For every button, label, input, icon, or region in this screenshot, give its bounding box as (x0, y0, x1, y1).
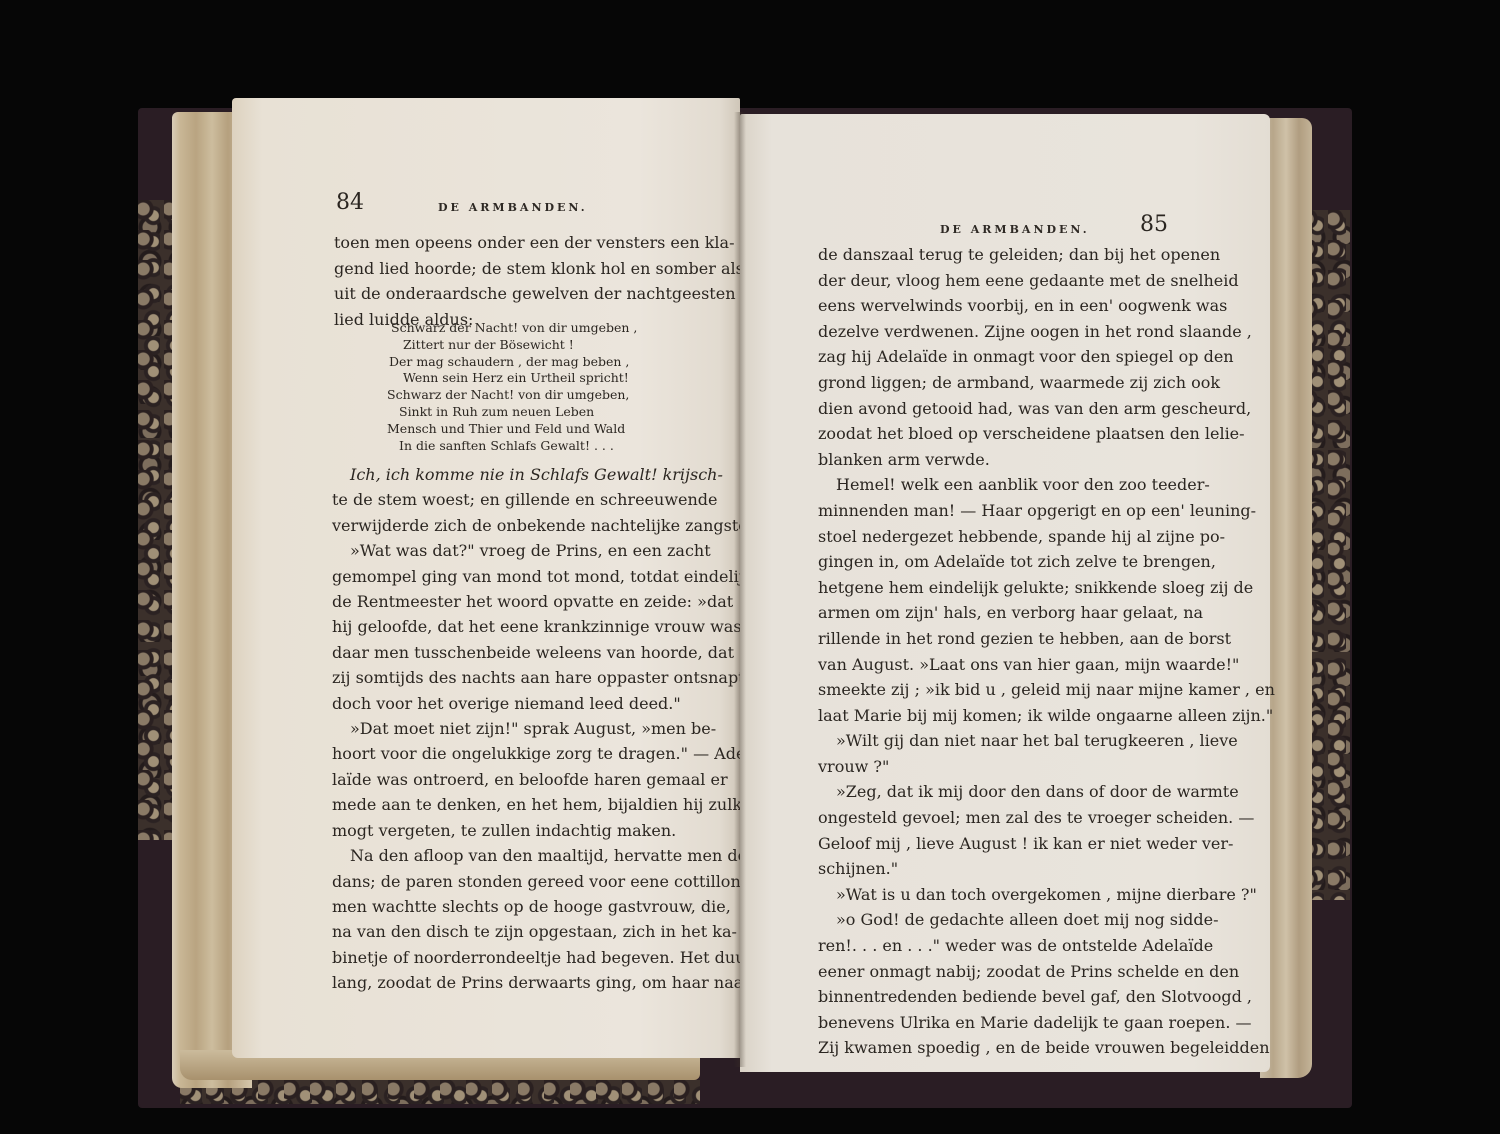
text-line: na van den disch te zijn opgestaan, zich… (332, 919, 690, 944)
text-line: zij somtijds des nachts aan hare oppaste… (332, 665, 690, 690)
text-line: smeekte zij ; »ik bid u , geleid mij naa… (818, 677, 1186, 703)
text-line: benevens Ulrika en Marie dadelijk te gaa… (818, 1010, 1186, 1036)
text-line: dans; de paren stonden gereed voor eene … (332, 869, 690, 894)
text-line: »Wat is u dan toch overgekomen , mijne d… (818, 882, 1186, 908)
text-line: uit de onderaardsche gewelven der nachtg… (334, 281, 688, 307)
running-title-left: DE ARMBANDEN. (438, 201, 588, 214)
text-line: verwijderde zich de onbekende nachtelijk… (332, 513, 690, 538)
text-line: ongesteld gevoel; men zal des te vroeger… (818, 805, 1186, 831)
text-line: te de stem woest; en gillende en schreeu… (332, 487, 690, 512)
text-line: der deur, vloog hem eene gedaante met de… (818, 268, 1186, 294)
text-line: blanken arm verwde. (818, 447, 1186, 473)
text-line: Ich, ich komme nie in Schlafs Gewalt! kr… (332, 462, 690, 487)
poem-line: Wenn sein Herz ein Urtheil spricht! (387, 370, 637, 387)
text-line: hij geloofde, dat het eene krankzinnige … (332, 614, 690, 639)
text-line: Zij kwamen spoedig , en de beide vrouwen… (818, 1035, 1186, 1061)
text-line: van August. »Laat ons van hier gaan, mij… (818, 652, 1186, 678)
text-line: armen om zijn' hals, en verborg haar gel… (818, 600, 1186, 626)
text-line: vrouw ?" (818, 754, 1186, 780)
book-gutter (734, 112, 746, 1067)
marbled-board-bottom (180, 1080, 700, 1104)
text-line: zoodat het bloed op verscheidene plaatse… (818, 421, 1186, 447)
text-line: schijnen." (818, 856, 1186, 882)
poem-line: Zittert nur der Bösewicht ! (387, 337, 637, 354)
text-line: »Zeg, dat ik mij door den dans of door d… (818, 779, 1186, 805)
poem-line: Schwarz der Nacht! von dir umgeben , (387, 320, 637, 337)
text-line: hetgene hem eindelijk gelukte; snikkende… (818, 575, 1186, 601)
poem-line: In die sanften Schlafs Gewalt! . . . (387, 438, 637, 455)
body-text-left: Ich, ich komme nie in Schlafs Gewalt! kr… (332, 462, 690, 996)
body-text-right: de danszaal terug te geleiden; dan bij h… (818, 242, 1186, 1061)
text-line: eens wervelwinds voorbij, en in een' oog… (818, 293, 1186, 319)
text-line: de Rentmeester het woord opvatte en zeid… (332, 589, 690, 614)
text-line: lang, zoodat de Prins derwaarts ging, om… (332, 970, 690, 995)
poem-line: Schwarz der Nacht! von dir umgeben, (387, 387, 637, 404)
intro-paragraph: toen men opeens onder een der vensters e… (334, 230, 688, 332)
text-line: »Dat moet niet zijn!" sprak August, »men… (332, 716, 690, 741)
text-line: toen men opeens onder een der vensters e… (334, 230, 688, 256)
text-line: men wachtte slechts op de hooge gastvrou… (332, 894, 690, 919)
text-line: dezelve verdwenen. Zijne oogen in het ro… (818, 319, 1186, 345)
text-line: rillende in het rond gezien te hebben, a… (818, 626, 1186, 652)
poem-line: Der mag schaudern , der mag beben , (387, 354, 637, 371)
text-line: binetje of noorderrondeeltje had begeven… (332, 945, 690, 970)
text-line: de danszaal terug te geleiden; dan bij h… (818, 242, 1186, 268)
text-line: Na den afloop van den maaltijd, hervatte… (332, 843, 690, 868)
text-line: dien avond getooid had, was van den arm … (818, 396, 1186, 422)
text-line: ren!. . . en . . ." weder was de ontstel… (818, 933, 1186, 959)
text-line: Geloof mij , lieve August ! ik kan er ni… (818, 831, 1186, 857)
right-page: DE ARMBANDEN. 85 de danszaal terug te ge… (740, 114, 1270, 1072)
text-line: gemompel ging van mond tot mond, totdat … (332, 564, 690, 589)
text-line: »Wilt gij dan niet naar het bal terugkee… (818, 728, 1186, 754)
text-line: minnenden man! — Haar opgerigt en op een… (818, 498, 1186, 524)
text-line: daar men tusschenbeide weleens van hoord… (332, 640, 690, 665)
text-line: »o God! de gedachte alleen doet mij nog … (818, 907, 1186, 933)
text-line: »Wat was dat?" vroeg de Prins, en een za… (332, 538, 690, 563)
text-line: stoel nedergezet hebbende, spande hij al… (818, 524, 1186, 550)
text-line: laat Marie bij mij komen; ik wilde ongaa… (818, 703, 1186, 729)
text-line: gingen in, om Adelaïde tot zich zelve te… (818, 549, 1186, 575)
poem-line: Sinkt in Ruh zum neuen Leben (387, 404, 637, 421)
text-line: grond liggen; de armband, waarmede zij z… (818, 370, 1186, 396)
left-page: 84 DE ARMBANDEN. toen men opeens onder e… (232, 98, 740, 1058)
text-line: laïde was ontroerd, en beloofde haren ge… (332, 767, 690, 792)
text-line: zag hij Adelaïde in onmagt voor den spie… (818, 344, 1186, 370)
poem-line: Mensch und Thier und Feld und Wald (387, 421, 637, 438)
text-line: gend lied hoorde; de stem klonk hol en s… (334, 256, 688, 282)
running-title-right: DE ARMBANDEN. (940, 223, 1090, 236)
text-line: hoort voor die ongelukkige zorg te drage… (332, 741, 690, 766)
text-line: Hemel! welk een aanblik voor den zoo tee… (818, 472, 1186, 498)
text-line: eener onmagt nabij; zoodat de Prins sche… (818, 959, 1186, 985)
text-line: doch voor het overige niemand leed deed.… (332, 691, 690, 716)
poem-verse: Schwarz der Nacht! von dir umgeben , Zit… (387, 320, 637, 454)
page-number-right: 85 (1140, 212, 1168, 237)
text-line: mogt vergeten, te zullen indachtig maken… (332, 818, 690, 843)
text-line: binnentredenden bediende bevel gaf, den … (818, 984, 1186, 1010)
page-number-left: 84 (336, 190, 364, 215)
text-line: mede aan te denken, en het hem, bijaldie… (332, 792, 690, 817)
